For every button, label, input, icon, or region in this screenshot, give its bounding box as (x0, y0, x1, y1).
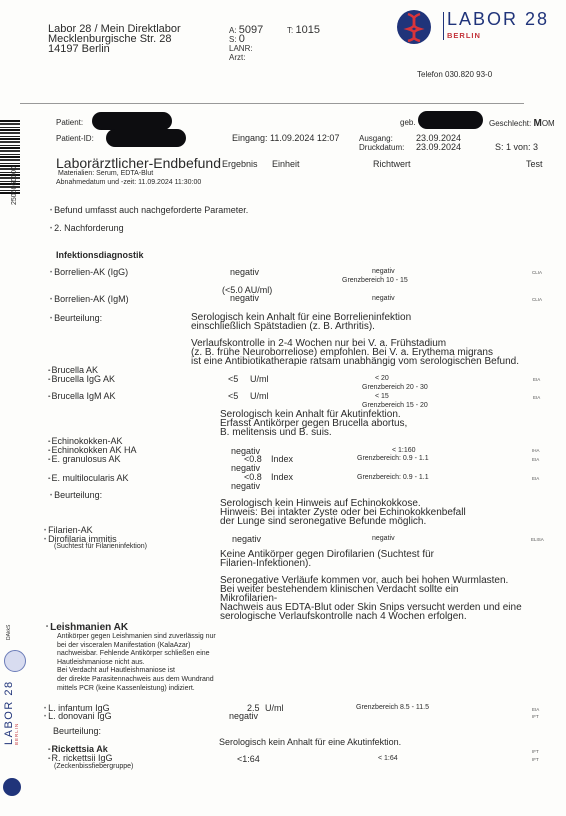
leishmanien-header: Leishmanien AK (46, 622, 128, 633)
t-field: T: 1015 (287, 24, 320, 36)
test-code: IFT (532, 757, 539, 762)
test-code: EIA (532, 476, 539, 481)
test-code: EIA (532, 707, 539, 712)
brucella-igm-ref: < 15 (375, 393, 389, 400)
note-nachforderung: 2. Nachforderung (50, 223, 124, 233)
test-code: IFT (532, 749, 539, 754)
echino-multilocularis-label: E. multilocularis AK (48, 473, 129, 483)
geb-label: geb. (400, 118, 416, 127)
brucella-beurteilung-text: Serologisch kein Anhalt für Akutinfektio… (220, 410, 407, 437)
echino-ha-ref: < 1:160 (392, 447, 416, 454)
logo-title: LABOR 28 (447, 9, 549, 30)
brucella-igg-unit: U/ml (250, 374, 269, 384)
echino-multilocularis-unit: Index (271, 472, 293, 482)
rickettsii-result: <1:64 (237, 754, 260, 764)
echino-granulosus-label: E. granulosus AK (48, 454, 121, 464)
column-richtwert: Richtwert (373, 159, 411, 169)
echino-multilocularis-ref: Grenzbereich: 0.9 - 1.1 (357, 474, 429, 481)
dna-logo-icon (397, 10, 431, 44)
redacted-birthdate (418, 111, 483, 129)
logo-subtitle: BERLIN (447, 31, 481, 40)
accreditation-seal-icon (4, 650, 26, 672)
brucella-igg-label: Brucella IgG AK (48, 374, 115, 384)
vertical-dna-logo-icon (3, 778, 21, 796)
l-donovani-result: negativ (229, 711, 258, 721)
l-donovani-label: L. donovani IgG (44, 711, 112, 721)
redacted-patient-name (92, 112, 172, 130)
echino-beurteilung-label: Beurteilung: (50, 490, 102, 500)
section-infektionsdiagnostik: Infektionsdiagnostik (56, 250, 144, 260)
echino-granulosus-unit: Index (271, 454, 293, 464)
druckdatum-value: 23.09.2024 (416, 142, 461, 152)
brucella-igg-ref-range: Grenzbereich 20 - 30 (362, 384, 428, 391)
borrelien-igm-result: negativ (230, 293, 259, 303)
leishmanien-note: Antikörper gegen Leishmanien sind zuverl… (57, 633, 216, 693)
test-code: EIA (533, 377, 540, 382)
lanr-label: LANR: (229, 44, 253, 53)
brucella-igg-ref: < 20 (375, 375, 389, 382)
borrelien-igg-label: Borrelien-AK (IgG) (50, 267, 128, 277)
column-einheit: Einheit (272, 159, 300, 169)
test-code: IFT (532, 714, 539, 719)
rickettsii-label: R. rickettsii IgG (48, 753, 113, 763)
test-code: ELISA (531, 537, 544, 542)
lab-address: Labor 28 / Mein Direktlabor Mecklenburgi… (48, 24, 181, 54)
column-test: Test (526, 159, 543, 169)
rickettsii-ref: < 1:64 (378, 755, 398, 762)
borrelien-beurteilung-label: Beurteilung: (50, 313, 102, 323)
test-code: CLIA (532, 270, 542, 275)
filarien-text: Keine Antikörper gegen Dirofilarien (Suc… (220, 550, 522, 621)
rickettsii-sub: (Zeckenbissfiebergruppe) (54, 763, 133, 770)
phone-number: Telefon 030.820 93-0 (417, 70, 492, 79)
patient-id-label: Patient-ID: (56, 134, 94, 143)
logo-divider (443, 12, 444, 40)
barcode-number: 2505050000 (11, 166, 18, 205)
l-infantum-unit: U/ml (265, 703, 284, 713)
borrelien-igm-ref: negativ (372, 295, 395, 302)
redacted-patient-id (106, 129, 186, 147)
ausgang-label: Ausgang: (359, 134, 393, 143)
patient-label: Patient: (56, 118, 83, 127)
echino-beurteilung-text: Serologisch kein Hinweis auf Echinokokko… (220, 499, 466, 526)
page-indicator: S: 1 von: 3 (495, 142, 538, 152)
brucella-igm-ref-range: Grenzbereich 15 - 20 (362, 402, 428, 409)
borrelien-igg-ref: negativ (372, 268, 395, 275)
test-code: CLIA (532, 297, 542, 302)
test-code: EIA (532, 457, 539, 462)
arzt-label: Arzt: (229, 53, 245, 62)
brucella-igg-result: <5 (228, 374, 238, 384)
geschlecht-field: Geschlecht: MOM (489, 118, 555, 129)
sampling-datetime: Abnahmedatum und -zeit: 11.09.2024 11:30… (56, 179, 201, 186)
address-line: 14197 Berlin (48, 44, 181, 54)
borrelien-igg-result: negativ (230, 267, 259, 277)
materials: Materialien: Serum, EDTA-Blut (58, 170, 153, 177)
header-divider (20, 103, 524, 104)
column-ergebnis: Ergebnis (222, 159, 258, 169)
note-nachgefordert: Befund umfasst auch nachgeforderte Param… (50, 205, 248, 215)
borrelien-igm-label: Borrelien-AK (IgM) (50, 294, 129, 304)
dakks-badge: DAkkS (6, 625, 12, 640)
borrelien-beurteilung-text: Serologisch kein Anhalt für eine Borreli… (191, 313, 519, 366)
test-code: EIA (533, 395, 540, 400)
report-title: Laborärztlicher-Endbefund (56, 155, 221, 171)
druckdatum-label: Druckdatum: (359, 143, 404, 152)
leishmanien-beurteilung-text: Serologisch kein Anhalt für eine Akutinf… (219, 737, 401, 747)
echino-granulosus-ref: Grenzbereich: 0.9 - 1.1 (357, 455, 429, 462)
echino-multilocularis-result2: negativ (231, 481, 260, 491)
dirofilaria-sub: (Suchtest für Filarieninfektion) (54, 543, 147, 550)
dirofilaria-result: negativ (232, 534, 261, 544)
brucella-igm-result: <5 (228, 391, 238, 401)
borrelien-igg-ref-range: Grenzbereich 10 - 15 (342, 277, 408, 284)
brucella-igm-unit: U/ml (250, 391, 269, 401)
l-infantum-ref: Grenzbereich 8.5 - 11.5 (356, 704, 429, 711)
vertical-logo-subtitle: BERLIN (14, 723, 19, 745)
eingang-field: Eingang: 11.09.2024 12:07 (232, 133, 339, 143)
test-code: IHA (532, 448, 540, 453)
dirofilaria-ref: negativ (372, 535, 395, 542)
leishmanien-beurteilung-label: Beurteilung: (53, 726, 101, 736)
brucella-igm-label: Brucella IgM AK (48, 391, 116, 401)
